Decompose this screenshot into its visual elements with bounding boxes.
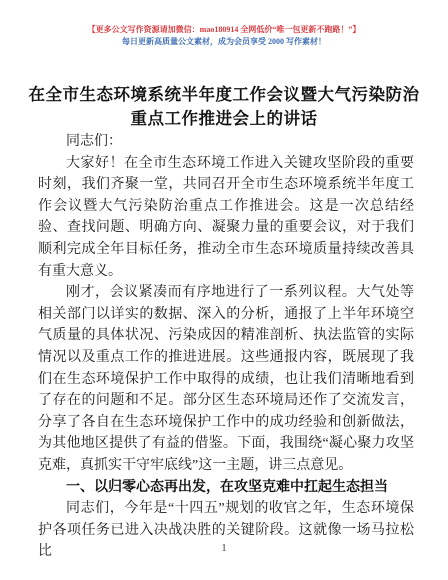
ad-banner: 【更多公文写作资源请加微信：mao180914 全网低价“唯一包更新不跑路！”】…: [0, 24, 448, 48]
page-number: 1: [0, 541, 448, 555]
ad-banner-line1: 【更多公文写作资源请加微信：mao180914 全网低价“唯一包更新不跑路！”】: [0, 24, 448, 36]
paragraph: 刚才，会议紧凑而有序地进行了一系列议程。大气处等相关部门以详实的数据、深入的分析…: [38, 282, 414, 476]
paragraph: 大家好！在全市生态环境工作进入关键攻坚阶段的重要时刻，我们齐聚一堂，共同召开全市…: [38, 153, 414, 283]
section-heading: 一、以归零心态再出发，在攻坚克难中扛起生态担当: [38, 477, 414, 499]
ad-banner-line2: 每日更新高质量公文素材，成为会员享受 2000 写作素材！: [0, 36, 448, 48]
document-title: 在全市生态环境系统半年度工作会议暨大气污染防治重点工作推进会上的讲话: [28, 83, 420, 131]
document-body: 同志们： 大家好！在全市生态环境工作进入关键攻坚阶段的重要时刻，我们齐聚一堂，共…: [38, 131, 414, 563]
paragraph-salutation: 同志们：: [38, 131, 414, 153]
document-page: 【更多公文写作资源请加微信：mao180914 全网低价“唯一包更新不跑路！”】…: [0, 0, 448, 580]
